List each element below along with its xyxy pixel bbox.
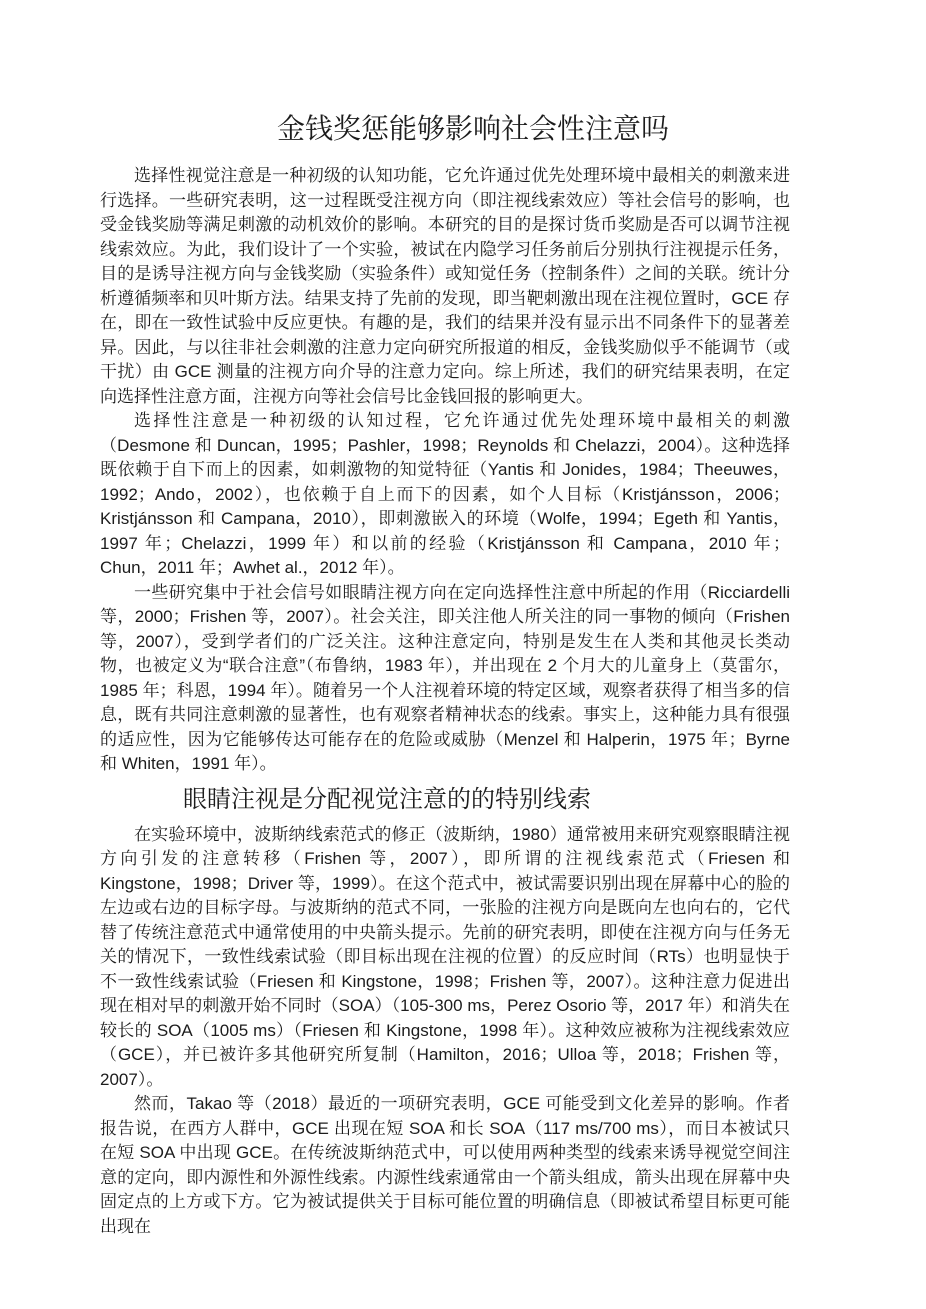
document-title: 金钱奖惩能够影响社会性注意吗 [100, 110, 790, 150]
paragraph-abstract: 选择性视觉注意是一种初级的认知功能，它允许通过优先处理环境中最相关的刺激来进行选… [100, 164, 790, 409]
paragraph-gaze-cueing-paradigm: 在实验环境中，波斯纳线索范式的修正（波斯纳，1980）通常被用来研究观察眼睛注视… [100, 823, 790, 1093]
document-page: 金钱奖惩能够影响社会性注意吗 选择性视觉注意是一种初级的认知功能，它允许通过优先… [0, 0, 926, 1309]
paragraph-intro-selective-attention: 选择性注意是一种初级的认知过程，它允许通过优先处理环境中最相关的刺激（Desmo… [100, 409, 790, 581]
paragraph-social-gaze-signals: 一些研究集中于社会信号如眼睛注视方向在定向选择性注意中所起的作用（Ricciar… [100, 581, 790, 777]
paragraph-cultural-differences: 然而，Takao 等（2018）最近的一项研究表明，GCE 可能受到文化差异的影… [100, 1092, 790, 1239]
section-heading-gaze-special-cue: 眼睛注视是分配视觉注意的的特别线索 [100, 782, 790, 818]
